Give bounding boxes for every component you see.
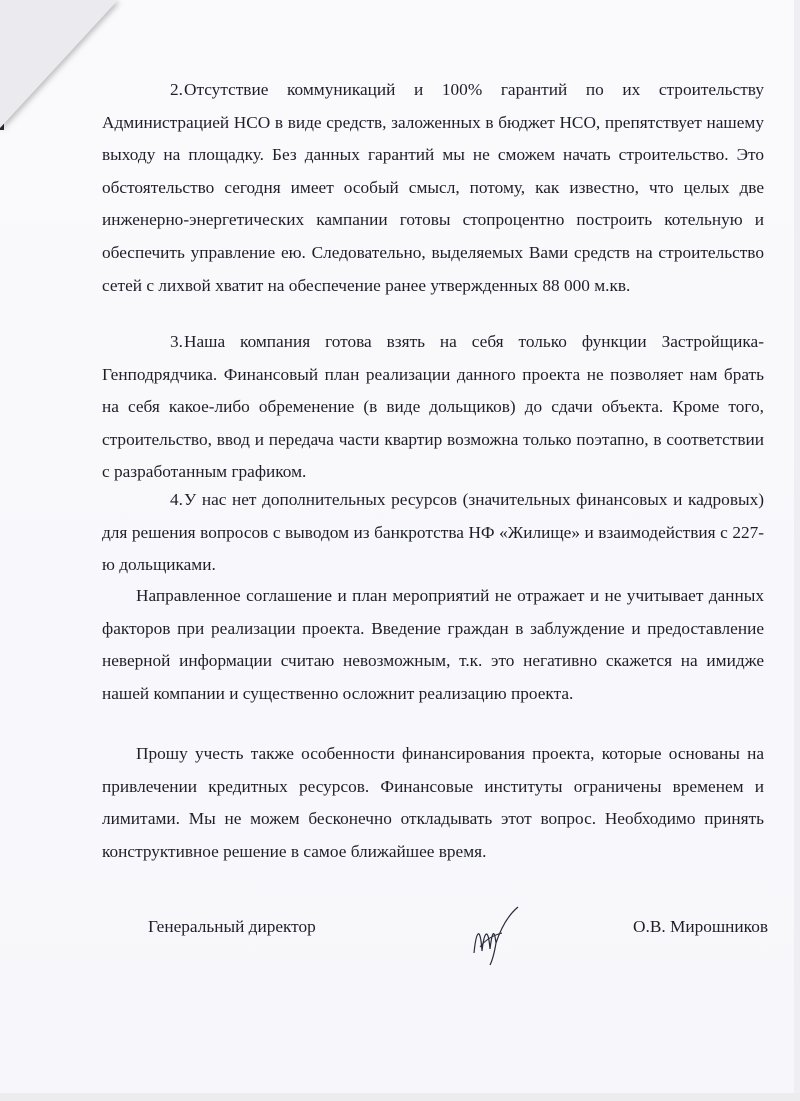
item-number: 4. — [136, 484, 184, 517]
paragraph-item-2: 2.Отсутствие коммуникаций и 100% гаранти… — [102, 74, 764, 302]
paragraph-text: У нас нет дополнительных ресурсов (значи… — [102, 490, 764, 574]
item-4: 4.У нас нет дополнительных ресурсов (зна… — [102, 484, 764, 582]
signature-scribble-icon — [466, 903, 526, 967]
item-2: 2.Отсутствие коммуникаций и 100% гаранти… — [102, 74, 764, 302]
signatory-title: Генеральный директор — [148, 917, 316, 937]
paragraph-text: Направленное соглашение и план мероприят… — [102, 580, 764, 710]
scanned-page: 2.Отсутствие коммуникаций и 100% гаранти… — [0, 0, 800, 1101]
page-right-edge — [794, 0, 800, 1101]
item-number: 3. — [136, 326, 184, 359]
page-bottom-edge — [0, 1093, 800, 1101]
paragraph-agreement: Направленное соглашение и план мероприят… — [102, 580, 764, 710]
paragraph-financing: Прошу учесть также особенности финансиро… — [102, 738, 764, 868]
paragraph-text: Прошу учесть также особенности финансиро… — [102, 738, 764, 868]
paragraph-item-3: 3.Наша компания готова взять на себя тол… — [102, 326, 764, 489]
item-number: 2. — [136, 74, 184, 107]
paragraph-item-4: 4.У нас нет дополнительных ресурсов (зна… — [102, 484, 764, 582]
signature-block: Генеральный директор О.В. Мирошников — [148, 917, 768, 957]
paragraph-text: Наша компания готова взять на себя тольк… — [102, 332, 764, 481]
item-3: 3.Наша компания готова взять на себя тол… — [102, 326, 764, 489]
paragraph-text: Отсутствие коммуникаций и 100% гарантий … — [102, 80, 764, 295]
folded-corner — [0, 0, 118, 128]
signatory-name: О.В. Мирошников — [633, 917, 768, 937]
